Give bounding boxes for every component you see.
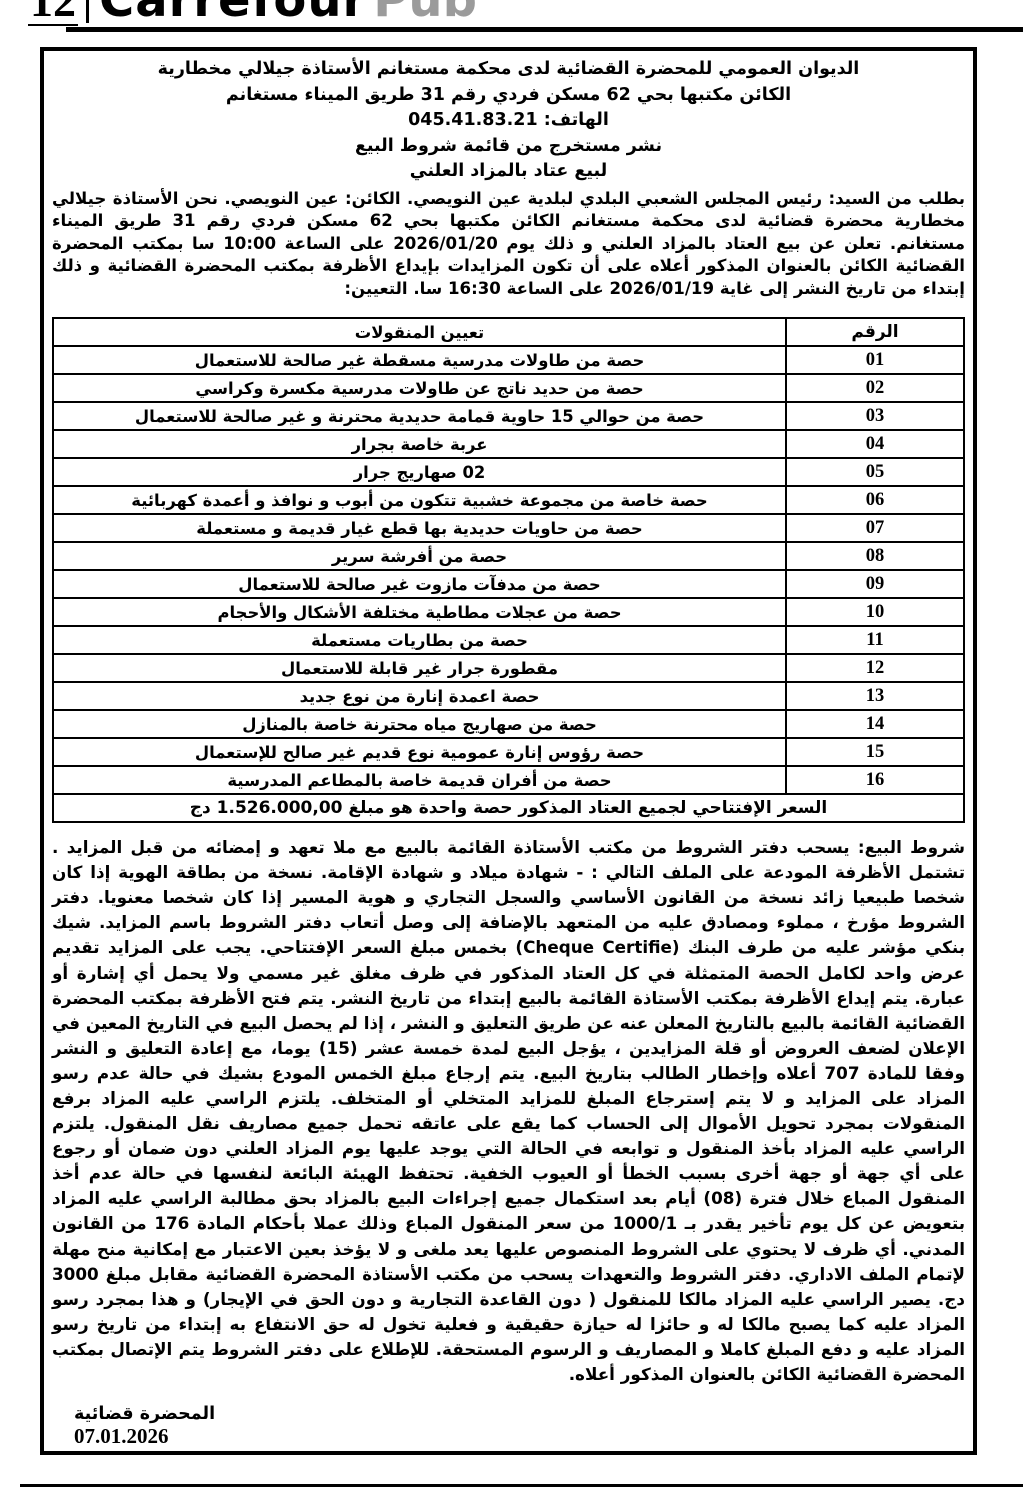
movables-table: الرقم تعيين المنقولات 01حصة من طاولات مد… [52,317,965,823]
item-number: 01 [786,346,964,374]
table-row: 15حصة رؤوس إنارة عمومية نوع قديم غير صال… [53,738,964,766]
item-number: 05 [786,458,964,486]
item-number: 16 [786,766,964,794]
item-description: مقطورة جرار غير قابلة للاستعمال [53,654,786,682]
item-number: 15 [786,738,964,766]
item-description: حصة من أفرشة سرير [53,542,786,570]
table-header-row: الرقم تعيين المنقولات [53,318,964,346]
sale-conditions-paragraph: شروط البيع: يسحب دفتر الشروط من مكتب الأ… [52,835,965,1387]
office-address-line: الكائن مكتبها بحي 62 مسكن فردي رقم 31 طر… [52,83,965,109]
table-row: 01حصة من طاولات مدرسية مسقطة غير صالحة ل… [53,346,964,374]
item-number: 14 [786,710,964,738]
legal-notice-frame: الديوان العمومي للمحضرة القضائية لدى محك… [40,47,977,1455]
signature-block: المحضرة قضائية 07.01.2026 [52,1404,965,1449]
table-row: 03حصة من حوالي 15 حاوية قمامة حديدية محت… [53,402,964,430]
table-row: 07حصة من حاويات حديدية بها قطع غيار قديم… [53,514,964,542]
item-number: 09 [786,570,964,598]
bailiff-office-line: الديوان العمومي للمحضرة القضائية لدى محك… [52,57,965,83]
item-number: 13 [786,682,964,710]
items-tbody: 01حصة من طاولات مدرسية مسقطة غير صالحة ل… [53,346,964,794]
footer-rule [20,1484,1023,1487]
item-description: حصة من مدفآت مازوت غير صالحة للاستعمال [53,570,786,598]
table-row: 16حصة من أفران قديمة خاصة بالمطاعم المدر… [53,766,964,794]
table-row: 02حصة من حديد ناتج عن طاولات مدرسية مكسر… [53,374,964,402]
item-number: 10 [786,598,964,626]
number-column-header: الرقم [786,318,964,346]
item-description: حصة من صهاريج مياه محترنة خاصة بالمنازل [53,710,786,738]
table-row: 08حصة من أفرشة سرير [53,542,964,570]
publication-brand-suffix: Pub [373,0,477,24]
item-number: 08 [786,542,964,570]
item-description: عربة خاصة بجرار [53,430,786,458]
table-row: 06حصة خاصة من مجموعة خشبية تتكون من أبوب… [53,486,964,514]
page-number: 12 [28,0,78,26]
intro-paragraph: بطلب من السيد: رئيس المجلس الشعبي البلدي… [52,188,965,301]
item-number: 03 [786,402,964,430]
item-description: حصة من حديد ناتج عن طاولات مدرسية مكسرة … [53,374,786,402]
item-description: حصة من حوالي 15 حاوية قمامة حديدية محترن… [53,402,786,430]
publication-brand: Carrefour [99,0,367,24]
phone-line: الهاتف: 045.41.83.21 [52,108,965,134]
table-row: 0502 صهاريج جرار [53,458,964,486]
description-column-header: تعيين المنقولات [53,318,786,346]
item-number: 04 [786,430,964,458]
table-row: 14حصة من صهاريج مياه محترنة خاصة بالمناز… [53,710,964,738]
item-description: حصة من عجلات مطاطية مختلفة الأشكال والأح… [53,598,786,626]
item-description: 02 صهاريج جرار [53,458,786,486]
signature-date: 07.01.2026 [52,1424,965,1449]
item-number: 02 [786,374,964,402]
newspaper-page-header: 12 Carrefour Pub [0,0,1023,26]
table-row: 11حصة من بطاريات مستعملة [53,626,964,654]
table-row: 13حصة اعمدة إنارة من نوع جديد [53,682,964,710]
item-number: 12 [786,654,964,682]
item-number: 06 [786,486,964,514]
table-row: 10حصة من عجلات مطاطية مختلفة الأشكال وال… [53,598,964,626]
opening-price: السعر الإفتتاحي لجميع العتاد المذكور حصة… [53,794,964,822]
item-description: حصة رؤوس إنارة عمومية نوع قديم غير صالح … [53,738,786,766]
table-row: 12مقطورة جرار غير قابلة للاستعمال [53,654,964,682]
item-description: حصة من بطاريات مستعملة [53,626,786,654]
notice-title-line: نشر مستخرج من قائمة شروط البيع [52,134,965,160]
item-description: حصة خاصة من مجموعة خشبية تتكون من أبوب و… [53,486,786,514]
table-row: 09حصة من مدفآت مازوت غير صالحة للاستعمال [53,570,964,598]
notice-subtitle-line: لبيع عتاد بالمزاد العلني [52,159,965,185]
header-rule [66,27,1023,32]
item-description: حصة من حاويات حديدية بها قطع غيار قديمة … [53,514,786,542]
table-row: 04عربة خاصة بجرار [53,430,964,458]
item-description: حصة اعمدة إنارة من نوع جديد [53,682,786,710]
notice-header: الديوان العمومي للمحضرة القضائية لدى محك… [52,57,965,185]
item-description: حصة من أفران قديمة خاصة بالمطاعم المدرسي… [53,766,786,794]
signature-title: المحضرة قضائية [52,1404,965,1424]
item-description: حصة من طاولات مدرسية مسقطة غير صالحة للا… [53,346,786,374]
header-divider [86,0,89,23]
item-number: 11 [786,626,964,654]
price-row: السعر الإفتتاحي لجميع العتاد المذكور حصة… [53,794,964,822]
item-number: 07 [786,514,964,542]
